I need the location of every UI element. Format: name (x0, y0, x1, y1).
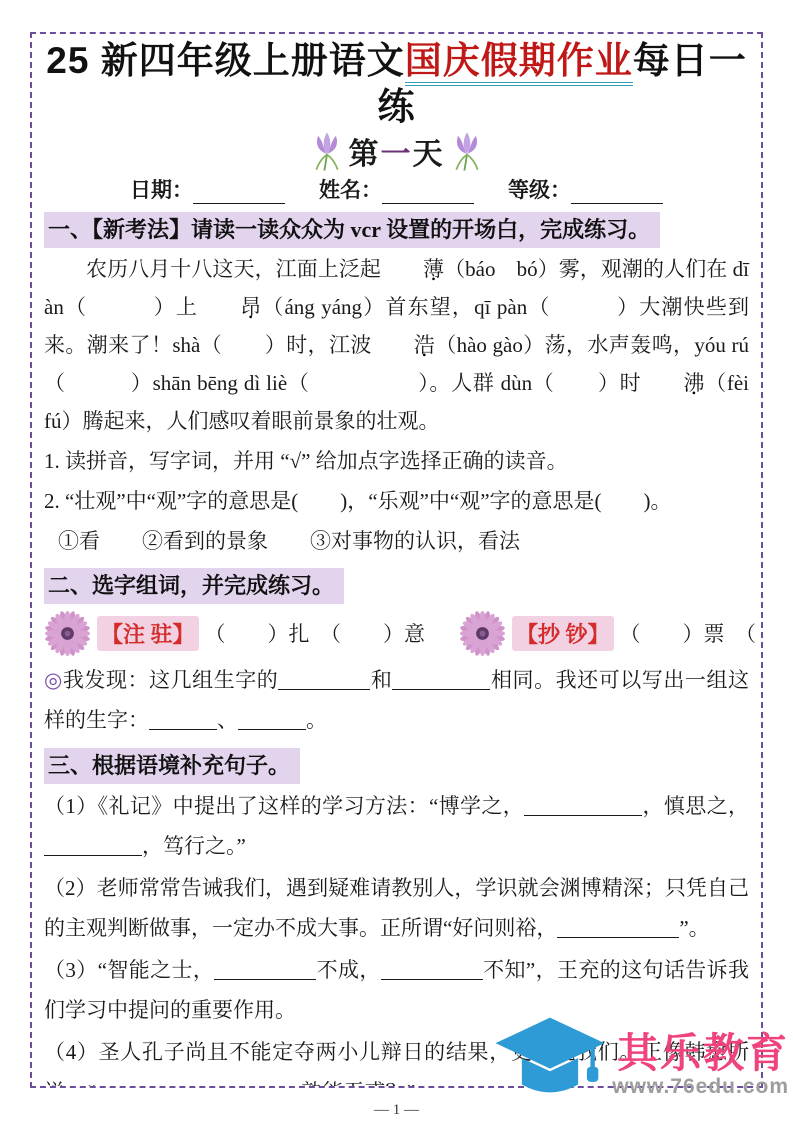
choice-box: 【注 驻】 (97, 616, 199, 651)
brand-name: 其乐教育 (617, 1032, 789, 1075)
fill-blank[interactable] (238, 708, 306, 730)
day-banner: 第一天 (44, 131, 749, 171)
section2-heading: 二、选字组词，并完成练习。 (44, 568, 344, 604)
text-segment: （3）“智能之士， (44, 958, 214, 982)
fill-blank[interactable] (392, 668, 490, 690)
dotted-character: 浩 (372, 326, 435, 364)
date-field: 日期： (130, 174, 285, 204)
name-field: 姓名： (319, 174, 474, 204)
dotted-character: 昂 (198, 288, 261, 326)
name-blank[interactable] (382, 182, 474, 204)
text-segment: 我发现：这几组生字的 (63, 668, 278, 692)
text-segment: （1）《礼记》中提出了这样的学习方法：“博学之， (44, 794, 524, 818)
section1-heading: 一、【新考法】请读一读众众为 vcr 设置的开场白，完成练习。 (44, 212, 660, 248)
text-segment: 农历八月十八这天，江面上泛起 (86, 257, 381, 281)
pair-items: （ ）票 （ ）写 (620, 618, 763, 648)
section1-question1: 1. 读拼音，写字词，并用 “√” 给加点字选择正确的读音。 (44, 442, 749, 480)
worksheet-page: 25 新四年级上册语文国庆假期作业每日一练 第一天 (0, 0, 793, 1122)
page-title: 25 新四年级上册语文国庆假期作业每日一练 (44, 38, 749, 130)
dotted-character: 沸 (641, 364, 704, 402)
fill-blank[interactable] (149, 708, 217, 730)
name-label: 姓名： (319, 174, 382, 204)
word-choice-pair: 【抄 钞】 （ ）票 （ ）写 (459, 610, 763, 657)
pink-daisy-flower-icon (459, 610, 506, 657)
day-title: 第一天 (349, 129, 445, 173)
text-segment: 和 (370, 668, 392, 692)
brand-text: 其乐教育 www.76edu.com (612, 1032, 789, 1097)
fill-blank[interactable] (44, 834, 142, 856)
text-segment: ”。 (679, 916, 709, 940)
grade-blank[interactable] (571, 182, 663, 204)
fill-blank[interactable] (214, 958, 316, 980)
pink-daisy-flower-icon (44, 610, 91, 657)
fill-blank[interactable] (278, 668, 370, 690)
fill-blank[interactable] (381, 958, 483, 980)
fill-blank[interactable] (95, 1080, 280, 1088)
day-prefix: 第 (349, 138, 381, 171)
brand-url: www.76edu.com (612, 1076, 789, 1098)
discover-note: ◎我发现：这几组生字的和相同。我还可以写出一组这样的生字：、。 (44, 660, 749, 740)
dotted-character: 薄 (381, 250, 444, 288)
day-suffix: 天 (413, 138, 445, 171)
dashed-border: 25 新四年级上册语文国庆假期作业每日一练 第一天 (30, 32, 763, 1088)
word-choice-row: 【注 驻】 （ ）扎 （ ）意 (44, 608, 749, 658)
text-segment: 不成， (316, 958, 381, 982)
choice-box: 【抄 钞】 (512, 616, 614, 651)
text-segment: 、 (217, 708, 238, 732)
section3-heading: 三、根据语境补充句子。 (44, 748, 300, 784)
text-segment: ，孰能无惑？” (280, 1080, 415, 1088)
fill-blank[interactable] (524, 794, 642, 816)
text-segment: ，笃行之。” (142, 834, 246, 858)
fill-blank[interactable] (557, 916, 679, 938)
section1-passage: 农历八月十八这天，江面上泛起薄（báo bó）雾，观潮的人们在 dī àn（ ）… (44, 250, 749, 440)
crocus-flower-icon (451, 130, 483, 172)
section1-question2: 2. “壮观”中“观”字的意思是( )，“乐观”中“观”字的意思是( )。 (44, 482, 749, 520)
date-label: 日期： (130, 174, 193, 204)
title-prefix: 25 新四年级上册语文 (46, 40, 404, 81)
day-number: 一 (381, 138, 413, 171)
student-info-row: 日期： 姓名： 等级： (44, 174, 749, 204)
text-segment: ◎ (44, 668, 63, 692)
brand-logo: 其乐教育 www.76edu.com (492, 1014, 789, 1116)
graduation-cap-icon (492, 1014, 608, 1116)
section3-question1: （1）《礼记》中提出了这样的学习方法：“博学之，，慎思之，，笃行之。” (44, 786, 749, 866)
title-highlight: 国庆假期作业 (405, 40, 633, 86)
crocus-flower-icon (311, 130, 343, 172)
text-segment: ，慎思之， (642, 794, 749, 818)
text-segment: 。 (306, 708, 327, 732)
section1-question2-options: ①看 ②看到的景象 ③对事物的认识，看法 (44, 522, 749, 560)
pair-items: （ ）扎 （ ）意 (205, 618, 426, 648)
section3-question2: （2）老师常常告诫我们，遇到疑难请教别人，学识就会渊博精深；只凭自己的主观判断做… (44, 868, 749, 948)
word-choice-pair: 【注 驻】 （ ）扎 （ ）意 (44, 610, 425, 657)
grade-label: 等级： (508, 174, 571, 204)
date-blank[interactable] (193, 182, 285, 204)
grade-field: 等级： (508, 174, 663, 204)
